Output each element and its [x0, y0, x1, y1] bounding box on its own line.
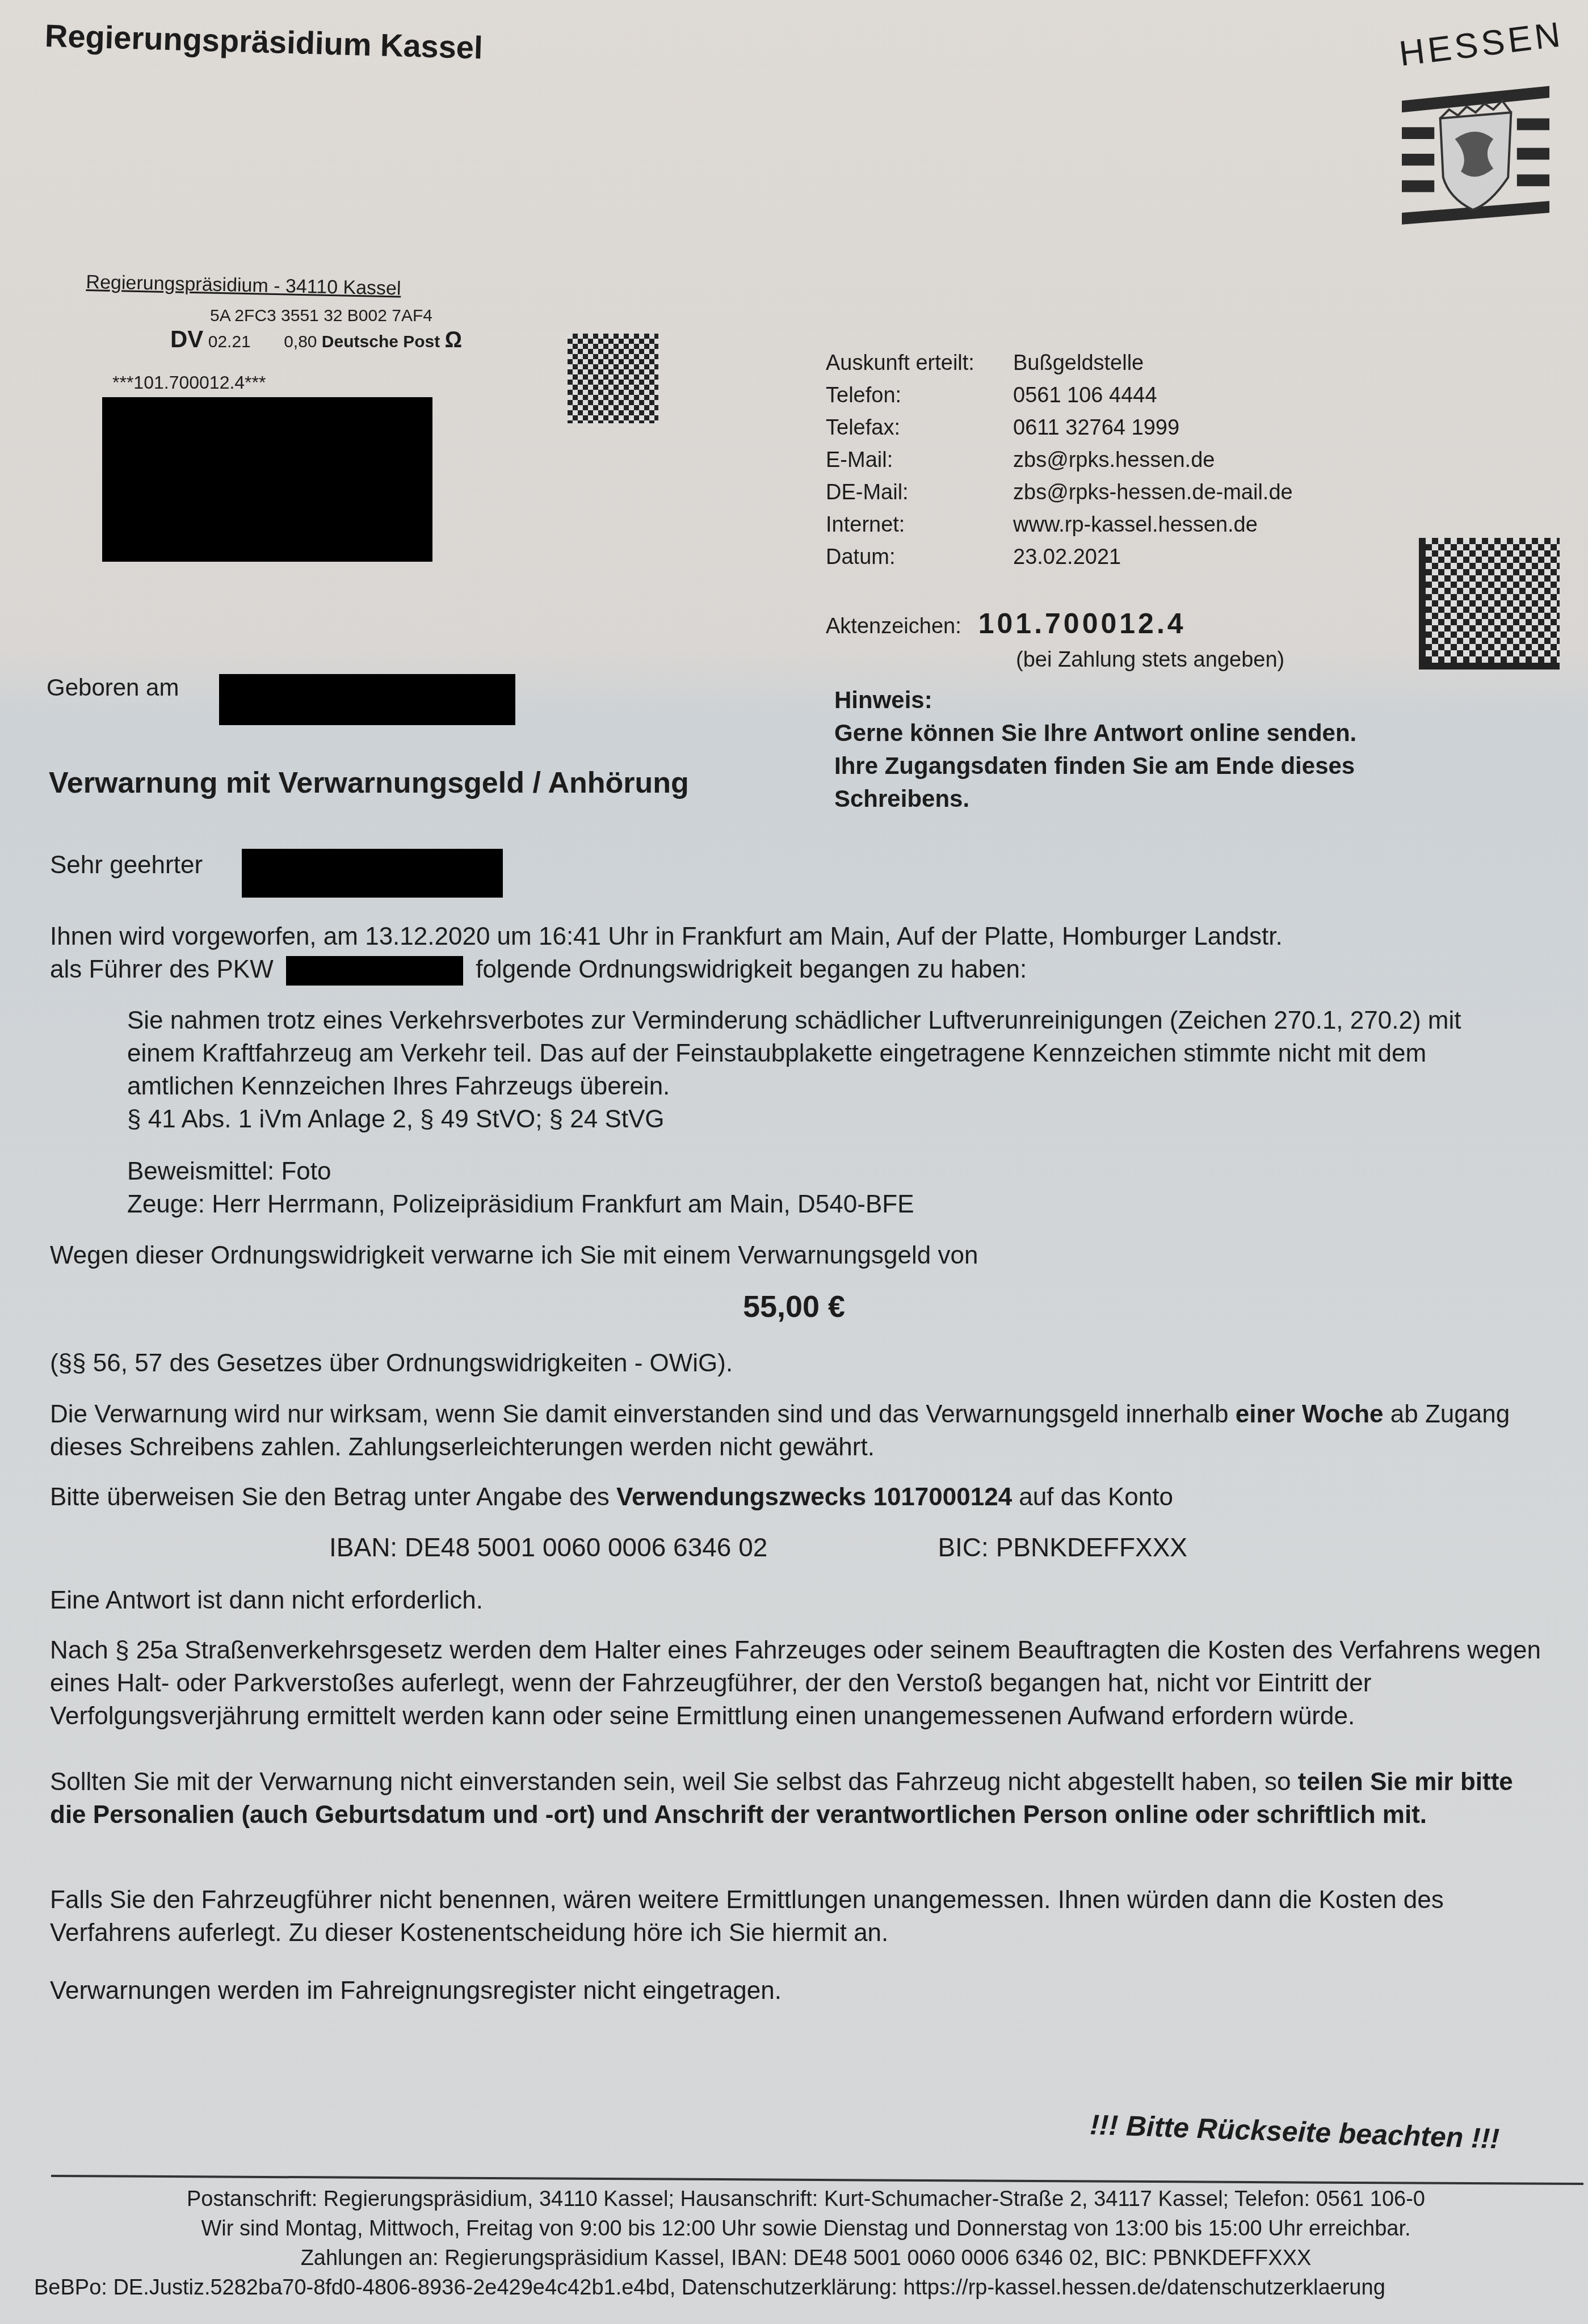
redacted-birth-date: [219, 674, 515, 725]
not-named-paragraph: Falls Sie den Fahrzeugführer nicht benen…: [50, 1884, 1548, 1950]
contact-label: Telefax:: [826, 412, 1013, 444]
contact-label: Telefon:: [826, 380, 1013, 412]
footer: Postanschrift: Regierungspräsidium, 3411…: [34, 2184, 1578, 2302]
reference-line: ***101.700012.4***: [112, 372, 266, 393]
hessen-coat-of-arms-icon: [1402, 80, 1549, 228]
contact-value: 0611 32764 1999: [1013, 412, 1179, 444]
contact-row: Internet:www.rp-kassel.hessen.de: [826, 509, 1293, 541]
accusation-line: Ihnen wird vorgeworfen, am 13.12.2020 um…: [50, 920, 1548, 953]
franking-date: 02.21: [208, 332, 251, 351]
bank-details: IBAN: DE48 5001 0060 0006 6346 02BIC: PB…: [329, 1532, 1187, 1563]
contact-value: 23.02.2021: [1013, 541, 1121, 574]
contact-row: Telefon:0561 106 4444: [826, 380, 1293, 412]
contact-label: DE-Mail:: [826, 477, 1013, 509]
bic: BIC: PBNKDEFFXXX: [938, 1533, 1187, 1562]
costs-paragraph: Nach § 25a Straßenverkehrsgesetz werden …: [50, 1634, 1548, 1733]
datamatrix-code-franking: [568, 334, 658, 423]
aktenzeichen-label: Aktenzeichen:: [826, 614, 961, 638]
payment-reference: Verwendungszwecks 1017000124: [616, 1483, 1012, 1511]
redacted-recipient-address: [102, 397, 432, 562]
register-note: Verwarnungen werden im Fahreignungsregis…: [50, 1974, 1548, 2007]
redacted-license-plate: [286, 956, 463, 986]
carrier-name: Deutsche Post: [322, 332, 440, 351]
see-back-notice: !!! Bitte Rückseite beachten !!!: [1089, 2108, 1500, 2155]
accusation-text: als Führer des PKW: [50, 955, 274, 983]
aktenzeichen: Aktenzeichen:101.700012.4: [826, 607, 1186, 640]
franking-stamp: 5A 2FC3 3551 32 B002 7AF4 DV 02.21 0,80 …: [170, 306, 462, 353]
contact-value: 0561 106 4444: [1013, 380, 1157, 412]
accusation-line-2: als Führer des PKW folgende Ordnungswidr…: [50, 953, 1548, 986]
hessen-logo: HESSEN: [1402, 34, 1561, 230]
contact-label: Internet:: [826, 509, 1013, 541]
no-answer-note: Eine Antwort ist dann nicht erforderlich…: [50, 1584, 1548, 1617]
validity-deadline: einer Woche: [1236, 1400, 1384, 1428]
franking-prefix: DV: [170, 326, 203, 352]
transfer-instruction: Bitte überweisen Sie den Betrag unter An…: [50, 1481, 1548, 1514]
iban: IBAN: DE48 5001 0060 0006 6346 02: [329, 1533, 767, 1562]
footer-line: BeBPo: DE.Justiz.5282ba70-8fd0-4806-8936…: [34, 2273, 1578, 2302]
legal-basis: § 41 Abs. 1 iVm Anlage 2, § 49 StVO; § 2…: [127, 1103, 1535, 1136]
redacted-recipient-name: [242, 849, 503, 898]
transfer-text: Bitte überweisen Sie den Betrag unter An…: [50, 1483, 616, 1511]
contact-row: E-Mail:zbs@rpks.hessen.de: [826, 444, 1293, 477]
aktenzeichen-note: (bei Zahlung stets angeben): [1016, 648, 1284, 672]
hint-line: Schreibens.: [834, 782, 1356, 815]
validity-paragraph: Die Verwarnung wird nur wirksam, wenn Si…: [50, 1398, 1548, 1464]
contact-row: Datum:23.02.2021: [826, 541, 1293, 574]
contact-block: Auskunft erteilt:Bußgeldstelle Telefon:0…: [826, 347, 1293, 574]
accusation-text: folgende Ordnungswidrigkeit begangen zu …: [476, 955, 1027, 983]
owig-reference: (§§ 56, 57 des Gesetzes über Ordnungswid…: [50, 1347, 1548, 1380]
hint-title: Hinweis:: [834, 684, 1356, 717]
footer-line: Wir sind Montag, Mittwoch, Freitag von 9…: [34, 2214, 1578, 2243]
disagree-text: Sollten Sie mit der Verwarnung nicht ein…: [50, 1768, 1298, 1796]
contact-value: Bußgeldstelle: [1013, 347, 1144, 380]
postage: 0,80: [284, 332, 317, 351]
footer-line: Zahlungen an: Regierungspräsidium Kassel…: [34, 2243, 1578, 2273]
validity-text: Die Verwarnung wird nur wirksam, wenn Si…: [50, 1400, 1236, 1428]
hint-line: Gerne können Sie Ihre Antwort online sen…: [834, 717, 1356, 750]
contact-label: E-Mail:: [826, 444, 1013, 477]
footer-divider: [51, 2175, 1583, 2185]
datamatrix-code-reference: [1419, 538, 1560, 670]
hint-line: Ihre Zugangsdaten finden Sie am Ende die…: [834, 750, 1356, 782]
birth-date-line: Geboren am: [47, 674, 179, 701]
transfer-text: auf das Konto: [1012, 1483, 1173, 1511]
franking-code: 5A 2FC3 3551 32 B002 7AF4: [210, 306, 462, 326]
sender-title: Regierungspräsidium Kassel: [44, 17, 483, 66]
contact-row: Telefax:0611 32764 1999: [826, 412, 1293, 444]
logo-text: HESSEN: [1397, 15, 1560, 74]
return-address: Regierungspräsidium - 34110 Kassel: [86, 271, 401, 300]
born-label: Geboren am: [47, 674, 179, 701]
witness: Zeuge: Herr Herrmann, Polizeipräsidium F…: [127, 1188, 1535, 1221]
online-hint: Hinweis: Gerne können Sie Ihre Antwort o…: [834, 684, 1356, 815]
offense-description: Sie nahmen trotz eines Verkehrsverbotes …: [127, 1004, 1535, 1103]
salutation: Sehr geehrter: [50, 851, 203, 879]
contact-value: zbs@rpks.hessen.de: [1013, 444, 1215, 477]
contact-value: zbs@rpks-hessen.de-mail.de: [1013, 477, 1293, 509]
warning-intro: Wegen dieser Ordnungswidrigkeit verwarne…: [50, 1239, 1548, 1272]
post-horn-icon: Ω: [445, 327, 463, 352]
evidence: Beweismittel: Foto: [127, 1155, 1535, 1188]
contact-label: Datum:: [826, 541, 1013, 574]
contact-label: Auskunft erteilt:: [826, 347, 1013, 380]
contact-row: Auskunft erteilt:Bußgeldstelle: [826, 347, 1293, 380]
disagree-paragraph: Sollten Sie mit der Verwarnung nicht ein…: [50, 1766, 1548, 1832]
contact-value: www.rp-kassel.hessen.de: [1013, 509, 1258, 541]
fine-amount: 55,00 €: [0, 1289, 1588, 1324]
aktenzeichen-value: 101.700012.4: [978, 608, 1186, 639]
contact-row: DE-Mail:zbs@rpks-hessen.de-mail.de: [826, 477, 1293, 509]
letter-subject: Verwarnung mit Verwarnungsgeld / Anhörun…: [49, 766, 689, 800]
footer-line: Postanschrift: Regierungspräsidium, 3411…: [34, 2184, 1578, 2214]
